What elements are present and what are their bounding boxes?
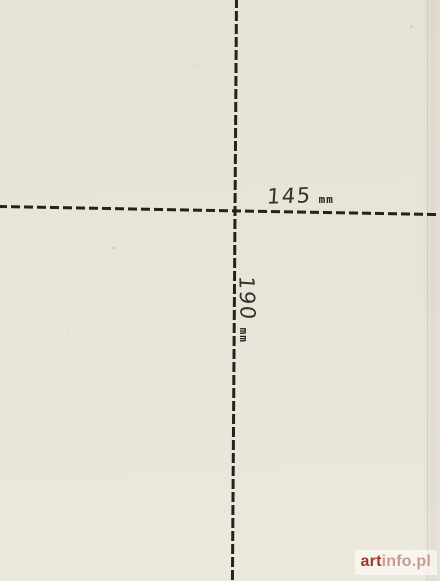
paper-speck	[66, 332, 68, 334]
paper-edge-crease	[427, 0, 428, 581]
paper-speck	[410, 25, 413, 28]
watermark-brand-rest: info.pl	[382, 553, 431, 570]
width-value: 145	[266, 184, 312, 208]
height-value: 190	[235, 275, 259, 321]
height-measurement-label: 190 mm	[236, 276, 258, 343]
width-unit: mm	[319, 193, 334, 206]
paper-speck	[196, 64, 198, 66]
paper-edge-shading	[422, 0, 440, 581]
artinfo-watermark: artinfo.pl	[355, 550, 437, 575]
paper-photo: 145 mm 190 mm artinfo.pl	[0, 0, 440, 581]
horizontal-dashed-line	[0, 205, 440, 216]
width-measurement-label: 145 mm	[267, 185, 334, 207]
height-unit: mm	[237, 328, 250, 343]
paper-speck	[112, 247, 115, 249]
watermark-brand-bold: art	[361, 553, 382, 570]
